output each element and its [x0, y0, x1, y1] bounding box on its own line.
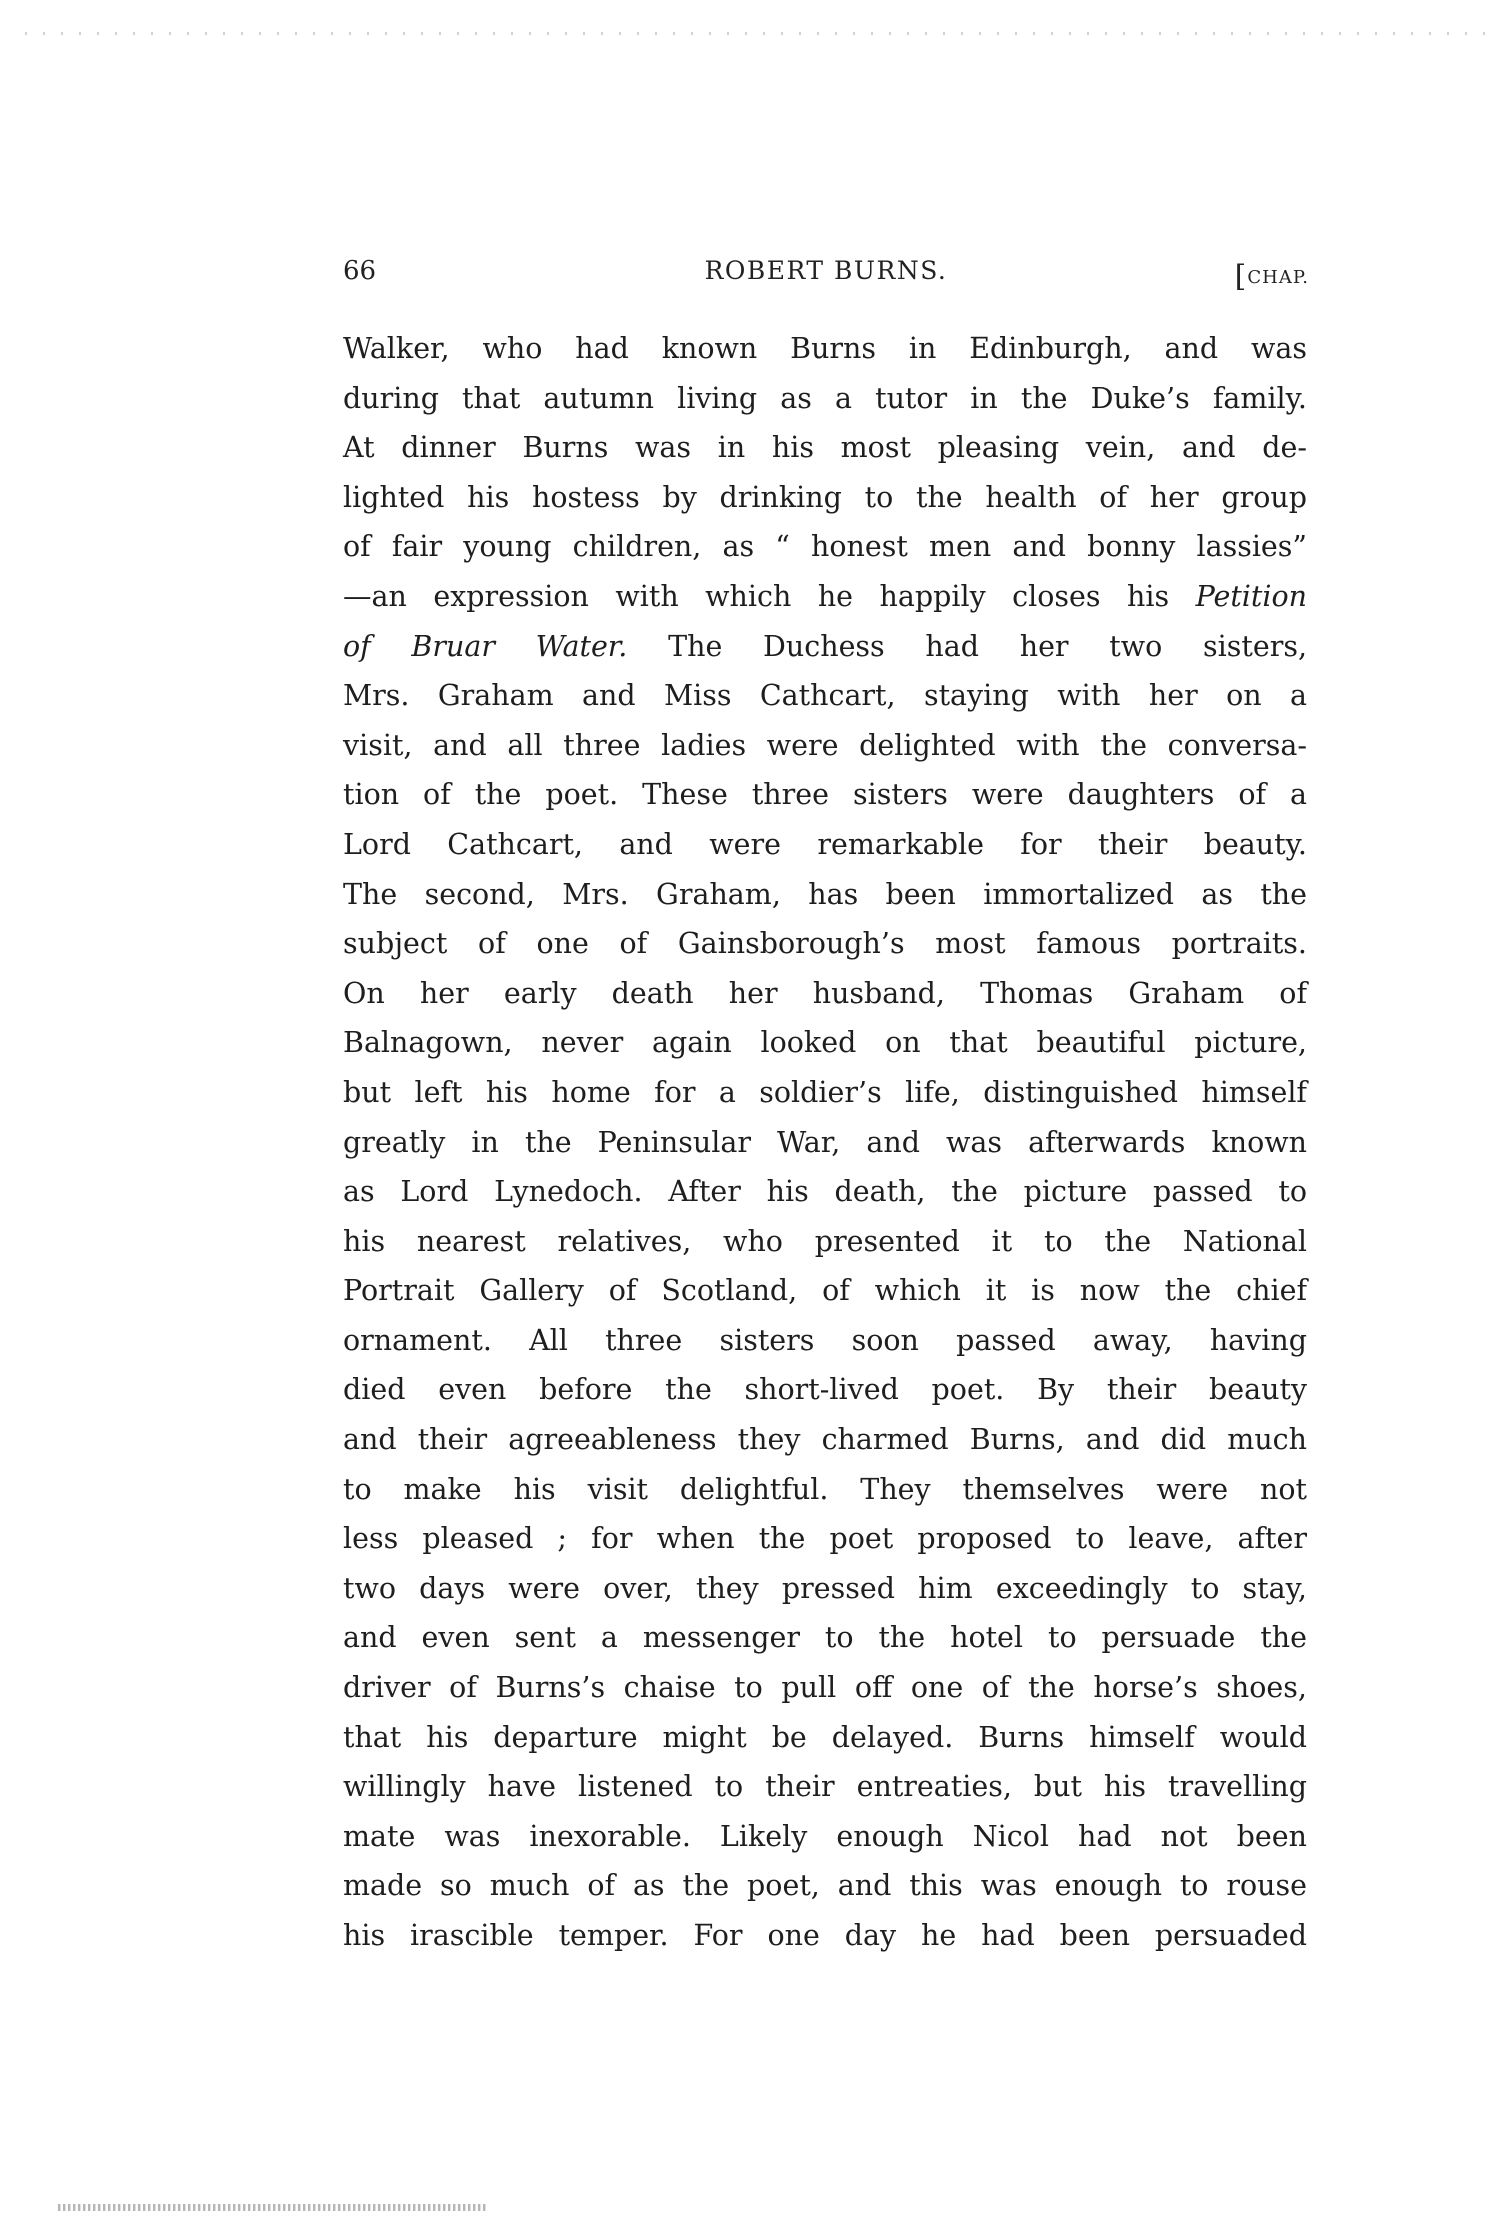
text-line: mate was inexorable. Likely enough Nicol… [343, 1812, 1307, 1862]
text-line: Balnagown, never again looked on that be… [343, 1018, 1307, 1068]
chapter-bracket: [ [1235, 259, 1248, 294]
line-roman: The Duchess had her two sisters, [627, 630, 1307, 663]
text-line: as Lord Lynedoch. After his death, the p… [343, 1167, 1307, 1217]
text-line: Lord Cathcart, and were remarkable for t… [343, 820, 1307, 870]
text-line: tion of the poet. These three sisters we… [343, 770, 1307, 820]
scan-speckle-top [25, 32, 1492, 35]
body-text: Walker, who had known Burns in Edinburgh… [343, 324, 1307, 1961]
text-line: to make his visit delightful. They thems… [343, 1465, 1307, 1515]
text-line: and their agreeableness they charmed Bur… [343, 1415, 1307, 1465]
scan-smudge-bottom [58, 2204, 488, 2211]
text-line: willingly have listened to their entreat… [343, 1762, 1307, 1812]
line-roman: —an expression with which he happily clo… [343, 580, 1196, 613]
book-page: 66 ROBERT BURNS. [CHAP. Walker, who had … [0, 0, 1492, 2218]
text-line: during that autumn living as a tutor in … [343, 374, 1307, 424]
text-line: his irascible temper. For one day he had… [343, 1911, 1307, 1961]
text-line: made so much of as the poet, and this wa… [343, 1861, 1307, 1911]
text-line: lighted his hostess by drinking to the h… [343, 473, 1307, 523]
chapter-marker: [CHAP. [1235, 256, 1309, 291]
text-line: but left his home for a soldier’s life, … [343, 1068, 1307, 1118]
text-line: At dinner Burns was in his most pleasing… [343, 423, 1307, 473]
text-line: subject of one of Gainsborough’s most fa… [343, 919, 1307, 969]
text-line: less pleased ; for when the poet propose… [343, 1514, 1307, 1564]
text-line: greatly in the Peninsular War, and was a… [343, 1118, 1307, 1168]
text-line: Walker, who had known Burns in Edinburgh… [343, 324, 1307, 374]
text-line: of Bruar Water. The Duchess had her two … [343, 622, 1307, 672]
text-line: Portrait Gallery of Scotland, of which i… [343, 1266, 1307, 1316]
text-line: On her early death her husband, Thomas G… [343, 969, 1307, 1019]
text-line: ornament. All three sisters soon passed … [343, 1316, 1307, 1366]
chapter-label: CHAP. [1247, 267, 1309, 288]
running-head: 66 ROBERT BURNS. [CHAP. [343, 252, 1309, 292]
text-line: two days were over, they pressed him exc… [343, 1564, 1307, 1614]
italic-title: Petition [1196, 580, 1307, 613]
text-line: and even sent a messenger to the hotel t… [343, 1613, 1307, 1663]
running-title: ROBERT BURNS. [343, 256, 1309, 285]
text-line: died even before the short-lived poet. B… [343, 1365, 1307, 1415]
text-line: driver of Burns’s chaise to pull off one… [343, 1663, 1307, 1713]
text-line: Mrs. Graham and Miss Cathcart, staying w… [343, 671, 1307, 721]
text-line: visit, and all three ladies were delight… [343, 721, 1307, 771]
text-line: of fair young children, as “ honest men … [343, 522, 1307, 572]
italic-title: of Bruar Water. [343, 630, 627, 663]
text-line: that his departure might be delayed. Bur… [343, 1713, 1307, 1763]
text-line: —an expression with which he happily clo… [343, 572, 1307, 622]
text-line: The second, Mrs. Graham, has been immort… [343, 870, 1307, 920]
text-line: his nearest relatives, who presented it … [343, 1217, 1307, 1267]
